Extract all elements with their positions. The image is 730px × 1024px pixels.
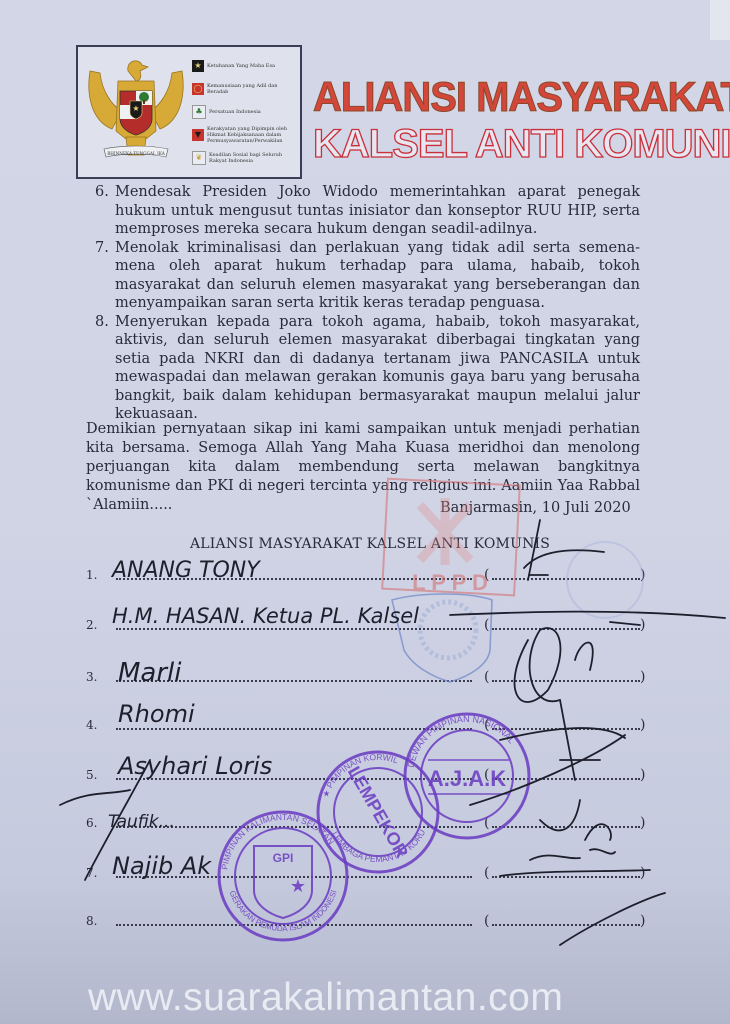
- signatory-organization: ALIANSI MASYARAKAT KALSEL ANTI KOMUNIS: [190, 536, 550, 552]
- signature-number: 3.: [86, 670, 97, 684]
- paren-close: ): [640, 767, 645, 783]
- name-line: [116, 924, 472, 926]
- sila-item: ◯ Kemanusiaan yang Adil dan Beradab: [192, 78, 298, 100]
- paren-close: ): [640, 815, 645, 831]
- signature-line: [492, 924, 640, 926]
- point-text: Menyerukan kepada para tokoh agama, haba…: [115, 313, 640, 424]
- paper-edge: [710, 0, 730, 40]
- signature-number: 1.: [86, 568, 97, 582]
- place-date: Banjarmasin, 10 Juli 2020: [440, 500, 631, 516]
- chain-icon: ◯: [192, 83, 204, 95]
- handwritten-name-1: ANANG TONY: [112, 558, 260, 583]
- handwritten-name-6: Taufik...: [108, 812, 175, 832]
- svg-text:BHINNEKA TUNGGAL IKA: BHINNEKA TUNGGAL IKA: [107, 151, 166, 156]
- sila-item: ♣ Persatuan Indonesia: [192, 101, 298, 123]
- point-text: Mendesak Presiden Joko Widodo memerintah…: [115, 183, 640, 239]
- pancasila-emblem-box: ★ BHINNEKA TUNGGAL IKA ★ Ketuhanan Yang …: [76, 45, 302, 179]
- signature-line: [492, 876, 640, 878]
- signature-number: 4.: [86, 718, 97, 732]
- handwritten-name-5: Asyhari Loris: [118, 752, 272, 780]
- signature-line: [492, 628, 640, 630]
- signature-number: 6.: [86, 816, 97, 830]
- handwritten-name-2: H.M. HASAN. Ketua PL. Kalsel: [112, 604, 419, 628]
- handwritten-name-3: Marli: [118, 658, 182, 688]
- paren-open: (: [484, 865, 489, 881]
- point-text: Menolak kriminalisasi dan perlakuan yang…: [115, 239, 640, 313]
- paren-close: ): [640, 717, 645, 733]
- handwritten-name-4: Rhomi: [118, 700, 195, 728]
- point-number: 8.: [95, 313, 115, 424]
- sila-label: Ketuhanan Yang Maha Esa: [207, 63, 275, 69]
- paren-open: (: [484, 567, 489, 583]
- signature-number: 7.: [86, 866, 97, 880]
- paren-open: (: [484, 913, 489, 929]
- signature-number: 8.: [86, 914, 97, 928]
- signature-line: [492, 778, 640, 780]
- document-page: ★ BHINNEKA TUNGGAL IKA ★ Ketuhanan Yang …: [0, 0, 730, 1024]
- point-number: 6.: [95, 183, 115, 239]
- point-number: 7.: [95, 239, 115, 313]
- paren-open: (: [484, 767, 489, 783]
- signature-row: 8.(): [86, 912, 646, 928]
- paren-close: ): [640, 669, 645, 685]
- star-icon: ★: [192, 60, 204, 72]
- signature-line: [492, 680, 640, 682]
- statement-point: 7. Menolak kriminalisasi dan perlakuan y…: [95, 239, 640, 313]
- signature-line: [492, 728, 640, 730]
- sila-label: Keadilan Sosial bagi Seluruh Rakyat Indo…: [209, 152, 298, 164]
- sila-label: Persatuan Indonesia: [209, 109, 261, 115]
- garuda-pancasila-icon: ★ BHINNEKA TUNGGAL IKA: [82, 51, 190, 169]
- signature-number: 5.: [86, 768, 97, 782]
- paren-open: (: [484, 815, 489, 831]
- org-title-line1: ALIANSI MASYARAKAT: [313, 74, 643, 121]
- paren-open: (: [484, 669, 489, 685]
- handwritten-name-7: Najib Ak: [112, 852, 211, 880]
- pancasila-principles-list: ★ Ketuhanan Yang Maha Esa ◯ Kemanusiaan …: [192, 55, 298, 170]
- paren-close: ): [640, 567, 645, 583]
- svg-text:GPI: GPI: [273, 851, 294, 865]
- svg-text:★: ★: [132, 104, 139, 113]
- signature-number: 2.: [86, 618, 97, 632]
- paren-close: ): [640, 865, 645, 881]
- sila-label: Kemanusiaan yang Adil dan Beradab: [207, 83, 298, 95]
- signature-strokes: [60, 520, 725, 945]
- name-line: [116, 628, 472, 630]
- bull-head-icon: ▼: [192, 129, 204, 141]
- paren-close: ): [640, 913, 645, 929]
- statement-point: 6. Mendesak Presiden Joko Widodo memerin…: [95, 183, 640, 239]
- org-title-line2: KALSEL ANTI KOMUNIS: [313, 122, 643, 167]
- banyan-tree-icon: ♣: [192, 105, 206, 119]
- statement-point: 8. Menyerukan kepada para tokoh agama, h…: [95, 313, 640, 424]
- sila-item: ★ Ketuhanan Yang Maha Esa: [192, 55, 298, 77]
- signature-line: [492, 826, 640, 828]
- name-line: [116, 728, 472, 730]
- sila-item: ▼ Kerakyatan yang Dipimpin oleh Hikmat K…: [192, 124, 298, 146]
- paren-open: (: [484, 617, 489, 633]
- signature-line: [492, 578, 640, 580]
- statement-points: 6. Mendesak Presiden Joko Widodo memerin…: [95, 183, 640, 424]
- paren-close: ): [640, 617, 645, 633]
- sila-label: Kerakyatan yang Dipimpin oleh Hikmat Keb…: [207, 126, 298, 144]
- sila-item: ❦ Keadilan Sosial bagi Seluruh Rakyat In…: [192, 147, 298, 169]
- paren-open: (: [484, 717, 489, 733]
- rice-cotton-icon: ❦: [192, 151, 206, 165]
- website-watermark: www.suarakalimantan.com: [88, 976, 658, 1020]
